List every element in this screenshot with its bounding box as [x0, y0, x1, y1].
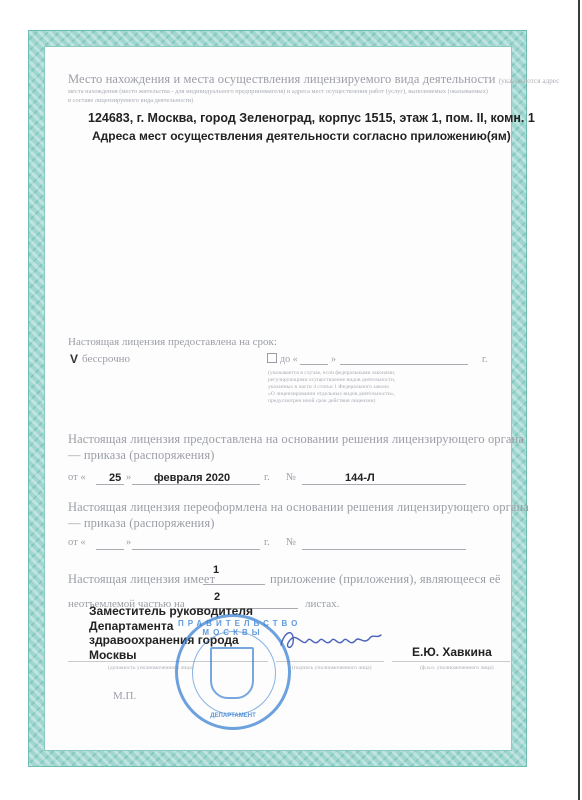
signature-underline [276, 661, 384, 662]
grant-year-suffix: г. [264, 472, 270, 483]
appendix-line1-suffix: приложение (приложения), являющееся её [270, 572, 501, 587]
caption-signature: (подпись уполномоченного лица) [292, 664, 372, 673]
until-prefix: до « [280, 354, 298, 365]
grant-month-year: февраля 2020 [154, 472, 230, 484]
until-year-suffix: г. [482, 354, 487, 365]
appendix-line1-prefix: Настоящая лицензия имеет [68, 572, 215, 587]
reissue-year-suffix: г. [264, 537, 270, 548]
grant-number-label: № [286, 472, 296, 483]
reissue-quote-close: » [126, 537, 131, 548]
until-day-field[interactable] [300, 364, 328, 365]
reissue-number-field[interactable] [302, 549, 466, 550]
until-checkbox[interactable] [267, 353, 277, 363]
until-month-year-field[interactable] [340, 364, 468, 365]
grant-line1: Настоящая лицензия предоставлена на осно… [68, 432, 524, 447]
reissue-day-field[interactable] [96, 549, 124, 550]
scan-edge-line [578, 0, 580, 800]
grant-number-underline [302, 484, 466, 485]
official-stamp: ПРАВИТЕЛЬСТВО МОСКВЫ ДЕПАРТАМЕНТ [175, 614, 291, 730]
address-main: 124683, г. Москва, город Зеленоград, кор… [88, 111, 535, 125]
reissue-line2: — приказа (распоряжения) [68, 516, 214, 531]
grant-line2: — приказа (распоряжения) [68, 448, 214, 463]
until-quote-close: » [331, 354, 336, 365]
location-note-line3: в составе лицензируемого вида деятельнос… [68, 96, 193, 105]
reissue-line1: Настоящая лицензия переоформлена на осно… [68, 500, 529, 515]
grant-number: 144-Л [345, 472, 375, 484]
appendix-count: 1 [213, 564, 219, 576]
indefinite-checkbox[interactable]: V [70, 352, 78, 366]
term-note: (указывается в случае, если федеральными… [268, 370, 395, 405]
name-underline [392, 661, 510, 662]
grant-month-underline [132, 484, 260, 485]
appendix-sheets: 2 [214, 591, 220, 603]
term-label: Настоящая лицензия предоставлена на срок… [68, 336, 277, 348]
seal-label: М.П. [113, 690, 136, 702]
appendix-count-underline [203, 584, 265, 585]
moscow-coat-of-arms-icon [210, 647, 254, 699]
grant-from-label: от « [68, 472, 86, 483]
location-note-line2: места нахождения (место жительства - для… [68, 87, 488, 96]
appendix-line2-suffix: листах. [305, 598, 339, 610]
reissue-from-label: от « [68, 537, 86, 548]
handwritten-signature-icon [277, 625, 387, 655]
grant-quote-close: » [126, 472, 131, 483]
grant-day-underline [96, 484, 124, 485]
reissue-number-label: № [286, 537, 296, 548]
signatory-name: Е.Ю. Хавкина [412, 645, 492, 659]
caption-name: (ф.и.о. уполномоченного лица) [420, 664, 494, 673]
address-appendix-note: Адреса мест осуществления деятельности с… [92, 129, 511, 143]
grant-day: 25 [109, 472, 121, 484]
reissue-month-year-field[interactable] [132, 549, 260, 550]
indefinite-label: бессрочно [82, 353, 130, 365]
location-heading: Место нахождения и места осуществления л… [68, 72, 559, 87]
